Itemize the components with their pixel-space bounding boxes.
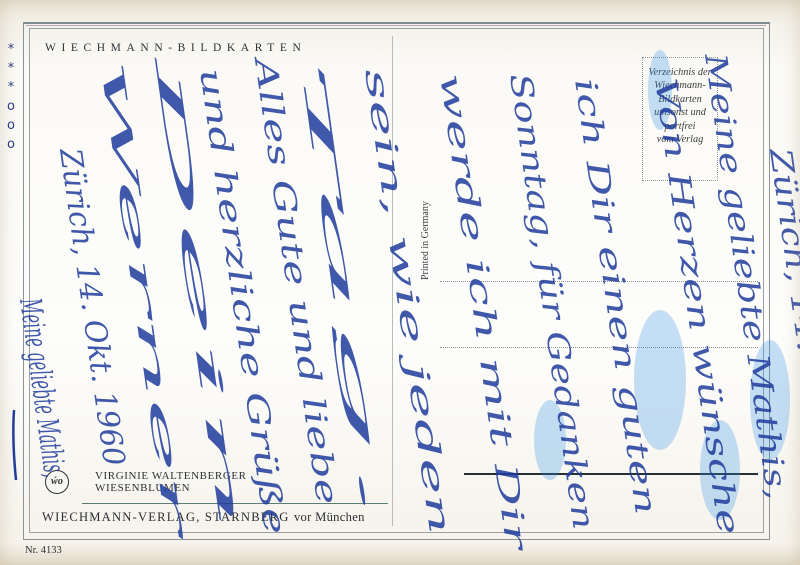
stamp-text-line: umsonst und — [643, 106, 717, 119]
message-address-divider — [392, 36, 393, 526]
side-code-char: * — [3, 78, 19, 97]
artwork-credit: VIRGINIE WALTENBERGER WIESENBLUMEN — [95, 470, 247, 494]
side-code-char: * — [3, 59, 19, 78]
postcard-back: * * * o o o WIECHMANN-BILDKARTEN Printed… — [0, 0, 800, 565]
stamp-text-line: portfrei — [643, 120, 717, 133]
address-line-solid — [464, 473, 758, 475]
side-code-char: * — [3, 40, 19, 59]
artist-name: VIRGINIE WALTENBERGER — [95, 470, 247, 482]
stamp-text-line: Wiechmann- — [643, 79, 717, 92]
artwork-title: WIESENBLUMEN — [95, 482, 247, 494]
brand-title: WIECHMANN-BILDKARTEN — [45, 42, 306, 54]
frame-accent-line — [26, 25, 766, 26]
stamp-text-line: vom Verlag — [643, 133, 717, 146]
publisher-logo-icon: ẃo — [45, 470, 69, 494]
side-code: * * * o o o — [3, 40, 19, 154]
side-code-char: o — [3, 116, 19, 135]
stamp-area: Verzeichnis der Wiechmann- Bildkarten um… — [642, 57, 718, 181]
address-line — [440, 281, 758, 282]
side-code-char: o — [3, 97, 19, 116]
publisher-line: WIECHMANN-VERLAG, STARNBERG vor München — [42, 510, 365, 525]
publisher-name: WIECHMANN-VERLAG, STARNBERG — [42, 510, 290, 524]
side-code-char: o — [3, 135, 19, 154]
stamp-area-text: Verzeichnis der Wiechmann- Bildkarten um… — [643, 66, 717, 146]
catalog-number: Nr. 4133 — [25, 545, 62, 556]
publisher-rule — [82, 503, 388, 504]
stamp-text-line: Verzeichnis der — [643, 66, 717, 79]
address-line — [440, 347, 758, 348]
publisher-location: vor München — [294, 510, 365, 524]
printed-in-germany-notice: Printed in Germany — [420, 201, 431, 280]
stamp-text-line: Bildkarten — [643, 93, 717, 106]
